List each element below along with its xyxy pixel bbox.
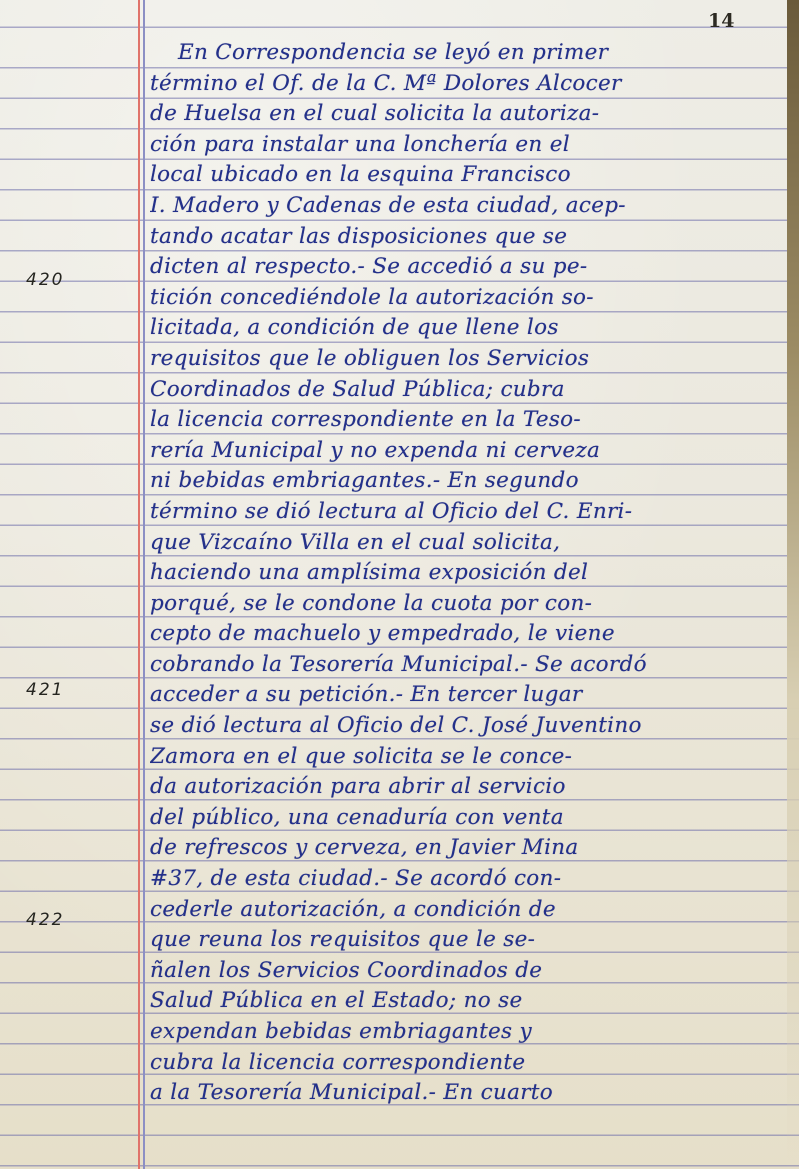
text-line: ción para instalar una lonchería en el bbox=[150, 130, 795, 161]
margin-note-entry: 421 bbox=[26, 680, 64, 700]
text-line: término se dió lectura al Oficio del C. … bbox=[150, 497, 795, 528]
text-line: término el Of. de la C. Mª Dolores Alcoc… bbox=[150, 69, 795, 100]
text-line: ni bebidas embriagantes.- En segundo bbox=[150, 466, 795, 497]
text-line: de refrescos y cerveza, en Javier Mina bbox=[150, 833, 795, 864]
text-line: acceder a su petición.- En tercer lugar bbox=[150, 680, 795, 711]
text-line: de Huelsa en el cual solicita la autoriz… bbox=[150, 99, 795, 130]
text-line: I. Madero y Cadenas de esta ciudad, acep… bbox=[150, 191, 795, 222]
text-line: tición concediéndole la autorización so- bbox=[150, 283, 795, 314]
text-line: la licencia correspondiente en la Teso- bbox=[150, 405, 795, 436]
margin-line-blue bbox=[143, 0, 145, 1169]
text-line: Salud Pública en el Estado; no se bbox=[150, 986, 795, 1017]
text-line: a la Tesorería Municipal.- En cuarto bbox=[150, 1078, 795, 1109]
text-line: haciendo una amplísima exposición del bbox=[150, 558, 795, 589]
text-line: ñalen los Servicios Coordinados de bbox=[150, 956, 795, 987]
margin-line-red bbox=[138, 0, 140, 1169]
text-line: dicten al respecto.- Se accedió a su pe- bbox=[150, 252, 795, 283]
text-line: local ubicado en la esquina Francisco bbox=[150, 160, 795, 191]
text-line: da autorización para abrir al servicio bbox=[150, 772, 795, 803]
page-number: 14 bbox=[708, 10, 734, 32]
text-line: cepto de machuelo y empedrado, le viene bbox=[150, 619, 795, 650]
text-line: Coordinados de Salud Pública; cubra bbox=[150, 375, 795, 406]
text-line: Zamora en el que solicita se le conce- bbox=[150, 742, 795, 773]
text-line: requisitos que le obliguen los Servicios bbox=[150, 344, 795, 375]
text-line: cubra la licencia correspondiente bbox=[150, 1048, 795, 1079]
text-line: que Vizcaíno Villa en el cual solicita, bbox=[150, 528, 795, 559]
margin-note-entry: 422 bbox=[26, 910, 64, 930]
text-line: licitada, a condición de que llene los bbox=[150, 313, 795, 344]
text-line: expendan bebidas embriagantes y bbox=[150, 1017, 795, 1048]
text-line: porqué, se le condone la cuota por con- bbox=[150, 589, 795, 620]
text-line: rería Municipal y no expenda ni cerveza bbox=[150, 436, 795, 467]
text-line: del público, una cenaduría con venta bbox=[150, 803, 795, 834]
ledger-page: 14 420 421 422 En Correspondencia se ley… bbox=[0, 0, 799, 1169]
text-line: que reuna los requisitos que le se- bbox=[150, 925, 795, 956]
text-line: #37, de esta ciudad.- Se acordó con- bbox=[150, 864, 795, 895]
margin-note-entry: 420 bbox=[26, 270, 64, 290]
text-line: En Correspondencia se leyó en primer bbox=[150, 38, 795, 69]
text-line: tando acatar las disposiciones que se bbox=[150, 222, 795, 253]
handwritten-minutes-text: En Correspondencia se leyó en primer tér… bbox=[150, 38, 795, 1109]
text-line: cederle autorización, a condición de bbox=[150, 895, 795, 926]
text-line: cobrando la Tesorería Municipal.- Se aco… bbox=[150, 650, 795, 681]
text-line: se dió lectura al Oficio del C. José Juv… bbox=[150, 711, 795, 742]
